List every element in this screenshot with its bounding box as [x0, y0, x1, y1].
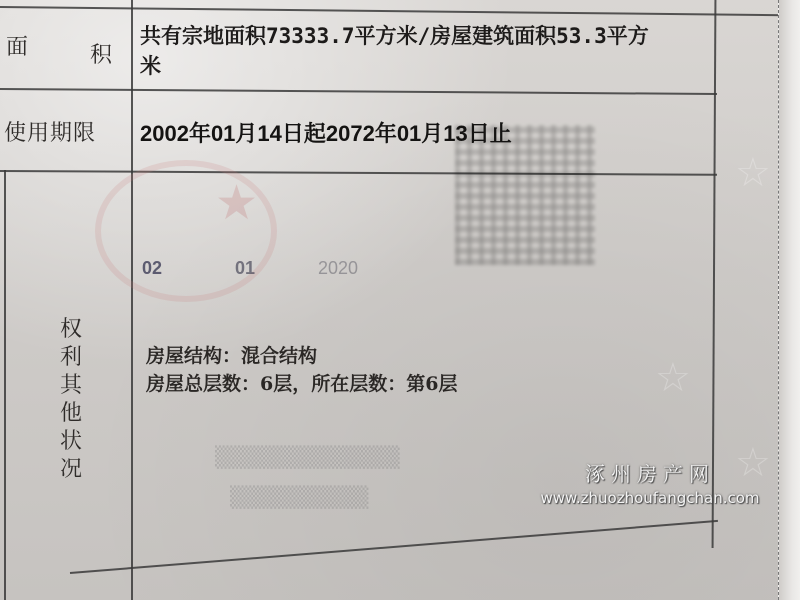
table-border-top [0, 6, 795, 16]
bleed-through-text: ▒▒▒▒▒▒▒▒▒▒▒▒ [215, 445, 400, 469]
faded-stamp-year: 2020 [318, 258, 358, 279]
term-label: 使用期限 [4, 116, 96, 147]
faded-stamp-day: 02 [142, 258, 162, 279]
other-conditions-label: 权利其他状况 [60, 316, 86, 484]
structure-remark: 房屋结构：混合结构 [146, 341, 317, 368]
security-star-icon: ☆ [735, 150, 771, 196]
faded-stamp-month: 01 [235, 258, 255, 279]
watermark-url: www.zhuozhoufangchan.com [530, 489, 770, 507]
term-value: 2002年01月14日起2072年01月13日止 [140, 117, 512, 148]
watermark-title: 涿州房产网 [530, 458, 770, 487]
area-label-char-1: 面 [6, 30, 29, 61]
seal-star-icon: ★ [215, 175, 258, 231]
site-watermark: 涿州房产网 www.zhuozhoufangchan.com [530, 458, 770, 507]
row-divider [0, 170, 717, 176]
row-divider [0, 88, 717, 95]
security-star-icon: ☆ [655, 355, 691, 401]
bleed-through-text: ▒▒▒▒▒▒▒▒▒ [230, 485, 368, 509]
column-divider [131, 0, 133, 600]
table-border-bottom [70, 520, 718, 574]
page-edge [778, 0, 800, 600]
area-value-line2: 米 [140, 50, 161, 80]
certificate-page: ☆ ☆ ☆ ★ 2020 01 02 面 积 共有宗地面积73333.7平方米/… [0, 0, 800, 600]
table-border-left [4, 170, 6, 600]
area-value-line1: 共有宗地面积73333.7平方米/房屋建筑面积53.3平方 [140, 20, 649, 50]
area-label-char-2: 积 [90, 38, 113, 69]
floor-remark: 房屋总层数：6层，所在层数：第6层 [146, 369, 457, 396]
